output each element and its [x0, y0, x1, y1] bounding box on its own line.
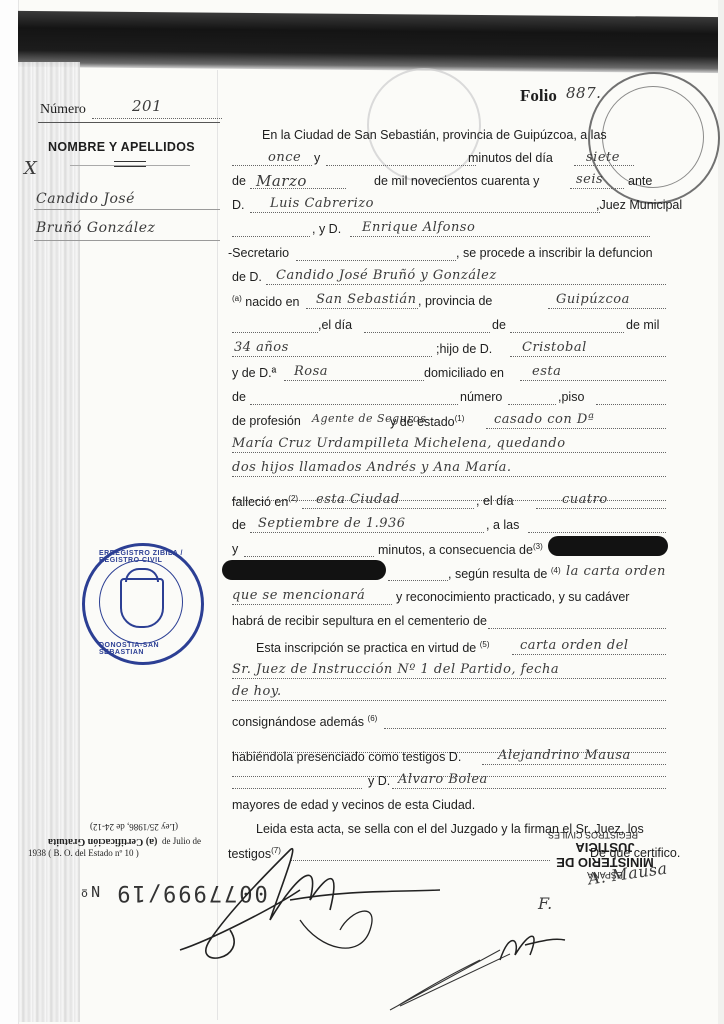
field-witness-1: Alejandrino Mausa: [498, 748, 631, 763]
secretary-signature: [380, 910, 580, 1020]
field-children: dos hijos llamados Andrés y Ana María.: [232, 460, 511, 475]
field-birth-province: Guipúzcoa: [556, 292, 630, 307]
numero-value: 201: [132, 97, 162, 115]
field-age: 34 años: [234, 340, 289, 355]
field-residence: esta: [532, 364, 561, 379]
civil-registry-stamp: ERREGISTRO ZIBILA / REGISTRO CIVIL DONOS…: [82, 543, 204, 665]
coat-of-arms-icon: [120, 578, 164, 628]
field-deceased-name: Candido José Bruñó y González: [276, 268, 497, 283]
margin-x-mark: X: [24, 158, 37, 179]
field-hour: once: [268, 150, 301, 165]
field-year: seis: [576, 172, 603, 187]
field-spouse: María Cruz Urdampilleta Michelena, queda…: [232, 436, 566, 451]
court-seal: [588, 72, 720, 204]
field-witness-2: Alvaro Bolea: [398, 772, 488, 787]
margin-name-line2: Bruñó González: [36, 220, 155, 236]
field-authority-cont: Sr. Juez de Instrucción Nº 1 del Partido…: [232, 662, 559, 677]
field-father: Cristobal: [522, 340, 587, 355]
nombre-apellidos-header: NOMBRE Y APELLIDOS: [48, 140, 195, 154]
scan-left-edge: [0, 0, 19, 1024]
scan-right-edge: [718, 0, 724, 1024]
field-authority-date: de hoy.: [232, 684, 282, 699]
form-text: En la Ciudad de San Sebastián, provincia…: [262, 128, 607, 142]
registros-civiles-text: REGISTROS CIVILES: [548, 830, 638, 840]
field-source-cont: que se mencionará: [232, 588, 365, 603]
field-civil-status: casado con Dª: [494, 412, 594, 427]
field-death-day: cuatro: [562, 492, 608, 507]
folio-value: 887.: [566, 84, 601, 102]
field-death-month-year: Septiembre de 1.936: [258, 516, 406, 531]
field-death-place: esta Ciudad: [316, 492, 400, 507]
field-birthplace: San Sebastián: [316, 292, 417, 307]
field-judge: Luis Cabrerizo: [270, 196, 374, 211]
margin-name-line1: Candido José: [36, 191, 135, 207]
numero-label: Número: [40, 102, 86, 118]
field-day: siete: [586, 150, 620, 165]
field-source: la carta orden: [566, 564, 666, 579]
field-mother: Rosa: [294, 364, 328, 379]
folio-label: Folio: [520, 86, 557, 106]
redacted-cause-continued: [222, 560, 386, 580]
field-secretary: Enrique Alfonso: [362, 220, 475, 235]
field-month: Marzo: [256, 172, 307, 190]
scan-dark-band: [18, 11, 724, 73]
footer-free-cert: (a) Certificación Gratuita: [48, 836, 157, 847]
field-authority: carta orden del: [520, 638, 629, 653]
redacted-cause: [548, 536, 668, 556]
document-page: Número 201 NOMBRE Y APELLIDOS X Candido …: [0, 0, 724, 1024]
